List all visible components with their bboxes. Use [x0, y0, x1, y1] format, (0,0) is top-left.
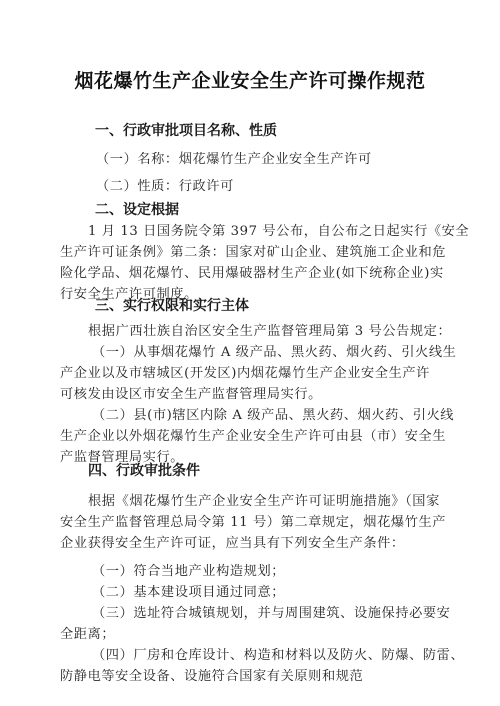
section-heading-3: 三、实行权限和实行主体 [95, 295, 249, 315]
section-heading-4: 四、行政审批条件 [88, 460, 200, 480]
section-2-line: 生产许可证条例》第二条：国家对矿山企业、建筑施工企业和危 [60, 241, 446, 260]
section-4-line: （三）选址符合城镇规划，并与周围建筑、设施保持必要安 [92, 602, 450, 621]
section-2-line: 险化学品、烟花爆竹、民用爆破器材生产企业(如下统称企业)实 [60, 262, 444, 281]
section-3-line: （一）从事烟花爆竹 A 级产品、黑火药、烟火药、引火线生 [92, 341, 456, 360]
section-1-item-name: （一）名称：烟花爆竹生产企业安全生产许可 [96, 148, 372, 167]
section-4-line: 全距离； [60, 623, 115, 642]
section-3-line: 产企业以及市辖城区(开发区)内烟花爆竹生产企业安全生产许 [60, 362, 430, 381]
section-3-line: （二）县(市)辖区内除 A 级产品、黑火药、烟火药、引火线 [92, 404, 454, 423]
document-page: 烟花爆竹生产企业安全生产许可操作规范 一、行政审批项目名称、性质 （一）名称：烟… [0, 0, 500, 706]
section-4-line: 根据《烟花爆竹生产企业安全生产许可证明施措施》（国家 [88, 490, 440, 509]
document-title: 烟花爆竹生产企业安全生产许可操作规范 [0, 66, 500, 93]
section-3-line: 根据广西壮族自治区安全生产监督管理局第 3 号公告规定： [88, 320, 451, 339]
section-3-line: 生产企业以外烟花爆竹生产企业安全生产许可由县（市）安全生 [60, 425, 446, 444]
section-1-item-nature: （二）性质：行政许可 [96, 175, 234, 194]
section-4-line: （一）符合当地产业构造规划； [92, 560, 285, 579]
section-3-line: 可核发由设区市安全生产监督管理局实行。 [60, 383, 322, 402]
section-4-line: （二）基本建设项目通过同意； [92, 581, 285, 600]
section-heading-2: 二、设定根据 [95, 199, 179, 219]
section-4-line: 防静电等安全设备、设施符合国家有关原则和规范 [60, 665, 363, 684]
section-4-line: 安全生产监督管理总局令第 11 号）第二章规定，烟花爆竹生产 [60, 511, 446, 530]
section-4-line: （四）厂房和仓库设计、构造和材料以及防火、防爆、防雷、 [92, 644, 464, 663]
section-heading-1: 一、行政审批项目名称、性质 [95, 120, 277, 140]
section-4-line: 企业获得安全生产许可证，应当具有下列安全生产条件： [60, 532, 405, 551]
section-2-line: 1 月 13 日国务院令第 397 号公布，自公布之日起实行《安全 [88, 220, 469, 239]
